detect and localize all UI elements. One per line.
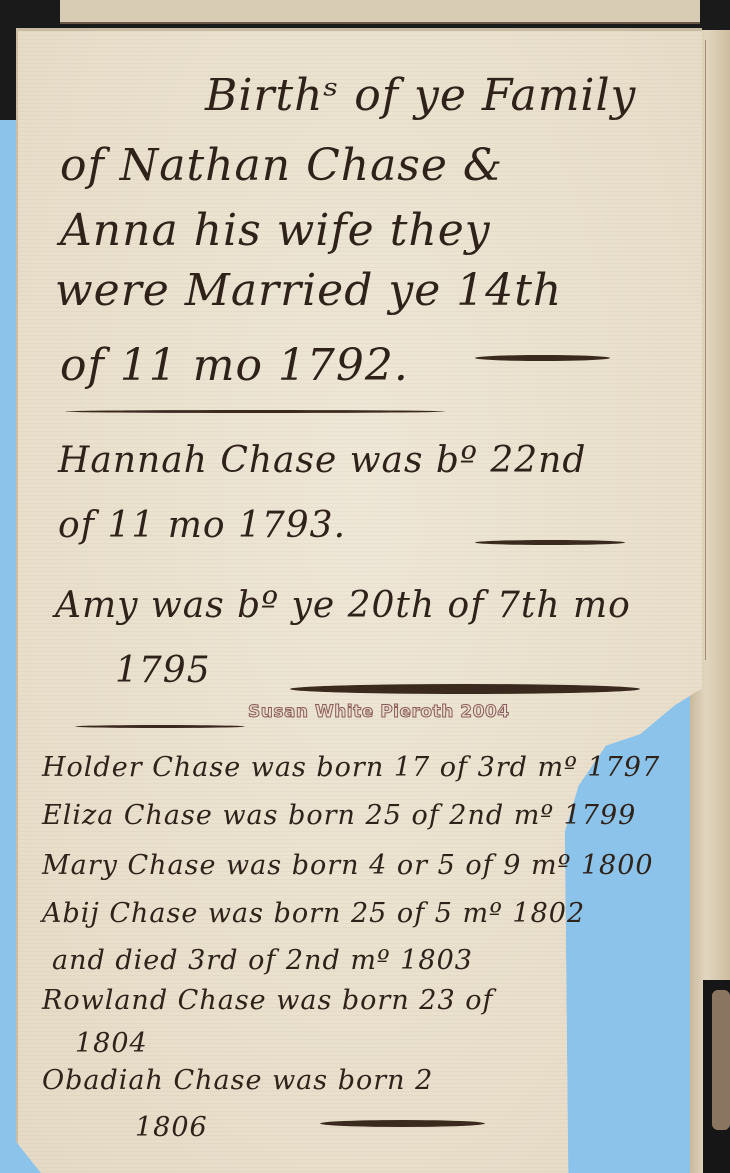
entry-obadiah-line-1: Obadiah Chase was born 2	[42, 1065, 433, 1096]
entry-obadiah-line-2: 1806	[135, 1112, 208, 1143]
heading-line-3: Anna his wife they	[60, 205, 491, 256]
entry-holder: Holder Chase was born 17 of 3rd mº 1797	[42, 752, 660, 783]
heading-line-1: Birthˢ of ye Family	[205, 70, 636, 121]
entry-eliza: Eliza Chase was born 25 of 2nd mº 1799	[42, 800, 636, 831]
entry-amy-line-1: Amy was bº ye 20th of 7th mo	[55, 585, 631, 626]
entry-rowland-line-2: 1804	[75, 1028, 148, 1059]
flourish-rule	[320, 1120, 485, 1127]
entry-hannah-line-1: Hannah Chase was bº 22nd	[58, 440, 586, 481]
heading-line-5: of 11 mo 1792.	[60, 340, 409, 391]
flourish-rule	[475, 355, 610, 361]
page-stack-top	[60, 0, 700, 24]
heading-line-2: of Nathan Chase &	[60, 140, 503, 191]
page-fold-line	[705, 40, 706, 660]
entry-hannah-line-2: of 11 mo 1793.	[58, 505, 346, 546]
flourish-rule	[475, 540, 625, 545]
entry-amy-line-2: 1795	[115, 650, 211, 691]
torn-cover-fragment	[712, 990, 730, 1130]
entry-mary: Mary Chase was born 4 or 5 of 9 mº 1800	[42, 850, 654, 881]
flourish-rule	[290, 684, 640, 694]
entry-abij-line-1: Abij Chase was born 25 of 5 mº 1802	[42, 898, 585, 929]
entry-rowland-line-1: Rowland Chase was born 23 of	[42, 985, 494, 1016]
section-divider	[75, 725, 245, 728]
entry-abij-line-2: and died 3rd of 2nd mº 1803	[52, 945, 473, 976]
watermark: Susan White Pieroth 2004	[248, 702, 510, 722]
heading-line-4: were Married ye 14th	[55, 265, 562, 316]
section-divider	[65, 410, 445, 413]
